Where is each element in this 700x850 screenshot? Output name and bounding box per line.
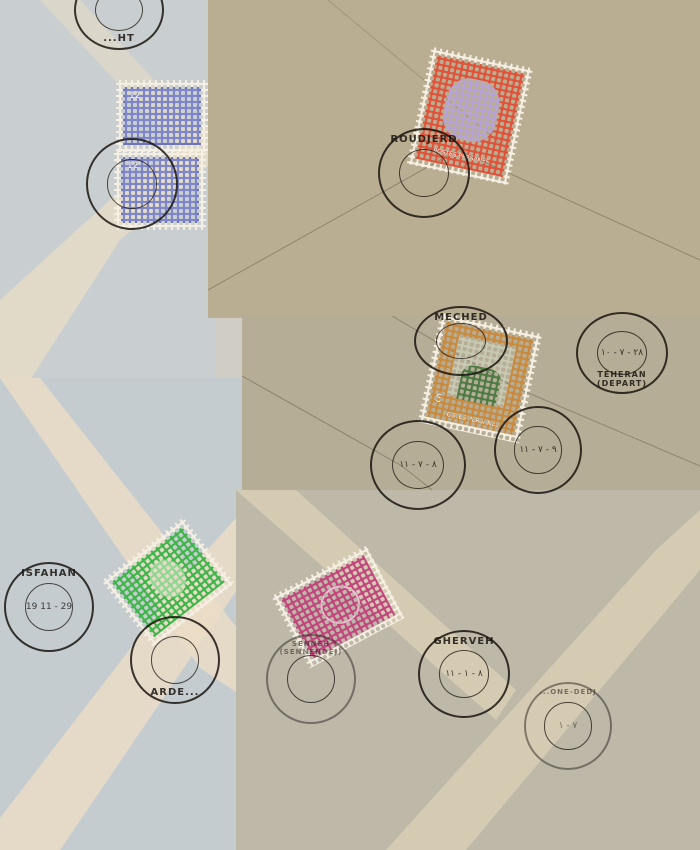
postmark-blue-stamps: [86, 138, 178, 230]
lion-emblem-icon: [314, 579, 367, 631]
stamp-value-label: 12: [129, 91, 140, 101]
postmark-bottom-right: ...ONE-DEDJ ٧ - ١: [524, 682, 612, 770]
postmark-senneh: SENNEH (SENNENDEJ): [266, 634, 356, 724]
portrait-icon: [142, 552, 193, 604]
stamp-value-label: 6: [434, 391, 444, 405]
postmark-roudjerd: ROUDJERD: [378, 128, 470, 218]
postmark-ghervi: GHERVEH ٨ - ١ - ١١: [418, 630, 510, 718]
postmark-ardebil: ARDE...: [130, 616, 220, 704]
postmark-teheran: TEHERAN (DEPART) ٢٨ - ٧ - ١٠: [576, 312, 668, 394]
postmark-center-left: ٨ - ٧ - ١١: [370, 420, 466, 510]
postmark-isfahan: ISFAHAN 19 11 - 29: [4, 562, 94, 652]
postmark-top-left: ...HT: [74, 0, 164, 50]
postmark-center-right: ٩ - ٧ - ١١: [494, 406, 582, 494]
postmark-meched: MECHED: [414, 306, 508, 376]
